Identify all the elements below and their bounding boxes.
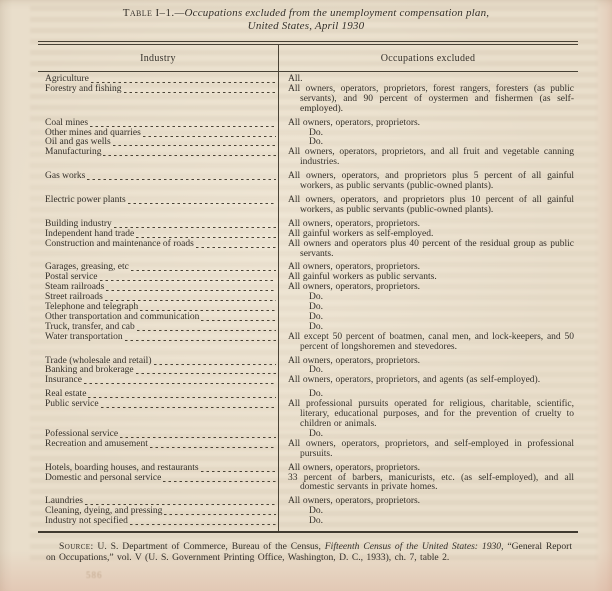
column-divider xyxy=(278,45,279,531)
occupation-text: All owners, operators, proprietors. xyxy=(278,119,578,129)
table-row: Forestry and fishingAll owners, operator… xyxy=(38,85,578,115)
industry-cell: Domestic and personal service xyxy=(38,474,278,484)
occupation-text: All owners, operators, and proprietors p… xyxy=(278,196,578,216)
occupation-text: All professional pursuits operated for r… xyxy=(278,400,578,430)
row-group: Gas worksAll owners, operators, and prop… xyxy=(38,172,578,192)
source-citation-italic: Fifteenth Census of the United States: 1… xyxy=(325,541,504,552)
occupation-text: All owners, operators, proprietors, and … xyxy=(278,440,578,460)
table-row: Water transportationAll except 50 percen… xyxy=(38,333,578,353)
leader-dots xyxy=(136,366,276,375)
leader-dots xyxy=(163,474,276,483)
occupations-column-header: Occupations excluded xyxy=(278,53,578,64)
table-row: Construction and maintenance of roadsAll… xyxy=(38,240,578,260)
table-row: Domestic and personal service33 percent … xyxy=(38,474,578,494)
row-group: LaundriesAll owners, operators, propriet… xyxy=(38,497,578,527)
leader-dots xyxy=(101,400,276,409)
occupation-text: Do. xyxy=(278,293,578,303)
row-group: Electric power plantsAll owners, operato… xyxy=(38,196,578,216)
leader-dots xyxy=(100,273,276,282)
industry-cell: Recreation and amusement xyxy=(38,440,278,450)
leader-dots xyxy=(103,148,276,157)
leader-dots xyxy=(124,85,276,94)
row-group: Building industryAll owners, operators, … xyxy=(38,220,578,260)
leader-dots xyxy=(90,119,276,128)
leader-dots xyxy=(88,390,276,399)
table-title-text: —Occupations excluded from the unemploym… xyxy=(175,7,490,19)
row-group: Garages, greasing, etcAll owners, operat… xyxy=(38,263,578,352)
scanned-document-page: Table I–1.—Occupations excluded from the… xyxy=(0,0,612,591)
industry-cell: Construction and maintenance of roads xyxy=(38,240,278,250)
industry-label: Water transportation xyxy=(45,333,123,343)
leader-dots xyxy=(201,313,276,322)
occupation-text: All owners, operators, proprietors, fore… xyxy=(278,85,578,115)
row-group: Coal minesAll owners, operators, proprie… xyxy=(38,119,578,169)
occupation-text: Do. xyxy=(278,313,578,323)
leader-dots xyxy=(130,517,276,526)
leader-dots xyxy=(143,129,276,138)
industry-label: Insurance xyxy=(45,376,82,386)
table-row: Electric power plantsAll owners, operato… xyxy=(38,196,578,216)
table-title-line2: United States, April 1930 xyxy=(36,20,576,33)
leader-dots xyxy=(84,376,276,385)
industry-label: Construction and maintenance of roads xyxy=(45,240,194,250)
occupation-text: Do. xyxy=(278,303,578,313)
industry-cell: Manufacturing xyxy=(38,148,278,158)
leader-dots xyxy=(114,220,276,229)
leader-dots xyxy=(154,357,277,366)
occupation-text: All owners, operators, proprietors, and … xyxy=(278,148,578,168)
industry-cell: Water transportation xyxy=(38,333,278,343)
occupation-text: All except 50 percent of boatmen, canal … xyxy=(278,333,578,353)
leader-dots xyxy=(128,196,276,205)
occupation-text: All owners, operators, proprietors, and … xyxy=(278,376,578,386)
leader-dots xyxy=(140,303,276,312)
leader-dots xyxy=(136,230,276,239)
table-row: Gas worksAll owners, operators, and prop… xyxy=(38,172,578,192)
leader-dots xyxy=(105,293,276,302)
leader-dots xyxy=(164,507,276,516)
industry-cell: Gas works xyxy=(38,172,278,182)
industry-label: Gas works xyxy=(45,172,85,182)
occupation-text: All owners, operators, and proprietors p… xyxy=(278,172,578,192)
row-group: Trade (wholesale and retail)All owners, … xyxy=(38,357,578,387)
page-number-ghost: 586 xyxy=(86,570,103,580)
table-row: Public serviceAll professional pursuits … xyxy=(38,400,578,430)
industry-label: Industry not specified xyxy=(45,517,128,527)
leader-dots xyxy=(85,497,276,506)
leader-dots xyxy=(125,333,276,342)
table-number-label: Table I–1. xyxy=(123,7,175,19)
industry-label: Manufacturing xyxy=(45,148,101,158)
data-table: Industry Occupations excluded Agricultur… xyxy=(38,41,578,533)
industry-cell: Industry not specified xyxy=(38,517,278,527)
leader-dots xyxy=(106,283,276,292)
source-note: Source: U. S. Department of Commerce, Bu… xyxy=(46,542,572,563)
table-row: Industry not specifiedDo. xyxy=(38,517,578,527)
table-grid: Industry Occupations excluded Agricultur… xyxy=(38,45,578,531)
occupation-text: All owners and operators plus 40 percent… xyxy=(278,240,578,260)
leader-dots xyxy=(113,138,276,147)
table-title: Table I–1.—Occupations excluded from the… xyxy=(0,0,612,33)
table-header-row: Industry Occupations excluded xyxy=(38,45,578,71)
occupation-text: Do. xyxy=(278,517,578,527)
leader-dots xyxy=(137,323,276,332)
industry-cell: Insurance xyxy=(38,376,278,386)
industry-label: Domestic and personal service xyxy=(45,474,161,484)
leader-dots xyxy=(196,240,276,249)
table-body: AgricultureAll.Forestry and fishingAll o… xyxy=(38,72,578,531)
occupation-text: Do. xyxy=(278,507,578,517)
occupation-text: 33 percent of barbers, manicurists, etc.… xyxy=(278,474,578,494)
table-row: ManufacturingAll owners, operators, prop… xyxy=(38,148,578,168)
table-title-line1: Table I–1.—Occupations excluded from the… xyxy=(36,7,576,20)
table-row: InsuranceAll owners, operators, propriet… xyxy=(38,376,578,386)
occupation-text: Do. xyxy=(278,129,578,139)
occupation-text: All owners, operators, proprietors. xyxy=(278,283,578,293)
industry-column-header: Industry xyxy=(38,53,278,64)
leader-dots xyxy=(150,440,276,449)
leader-dots xyxy=(91,75,276,84)
leader-dots xyxy=(87,172,276,181)
row-group: Hotels, boarding houses, and restaurants… xyxy=(38,464,578,494)
table-row: Other mines and quarriesDo. xyxy=(38,129,578,139)
industry-cell: Forestry and fishing xyxy=(38,85,278,95)
industry-label: Forestry and fishing xyxy=(45,85,122,95)
leader-dots xyxy=(120,430,276,439)
source-label: Source: xyxy=(59,541,94,552)
industry-cell: Public service xyxy=(38,400,278,410)
industry-label: Electric power plants xyxy=(45,196,126,206)
industry-label: Public service xyxy=(45,400,99,410)
table-row: Recreation and amusementAll owners, oper… xyxy=(38,440,578,460)
source-text-pre: U. S. Department of Commerce, Bureau of … xyxy=(94,541,325,552)
row-group: Real estateDo.Public serviceAll professi… xyxy=(38,390,578,459)
industry-cell: Electric power plants xyxy=(38,196,278,206)
leader-dots xyxy=(131,263,276,272)
bottom-rule xyxy=(38,531,578,533)
occupation-text: All owners, operators, proprietors. xyxy=(278,357,578,367)
row-group: AgricultureAll.Forestry and fishingAll o… xyxy=(38,75,578,115)
occupation-text: All owners, operators, proprietors. xyxy=(278,497,578,507)
leader-dots xyxy=(201,464,276,473)
industry-label: Recreation and amusement xyxy=(45,440,148,450)
table-row: Steam railroadsAll owners, operators, pr… xyxy=(38,283,578,293)
